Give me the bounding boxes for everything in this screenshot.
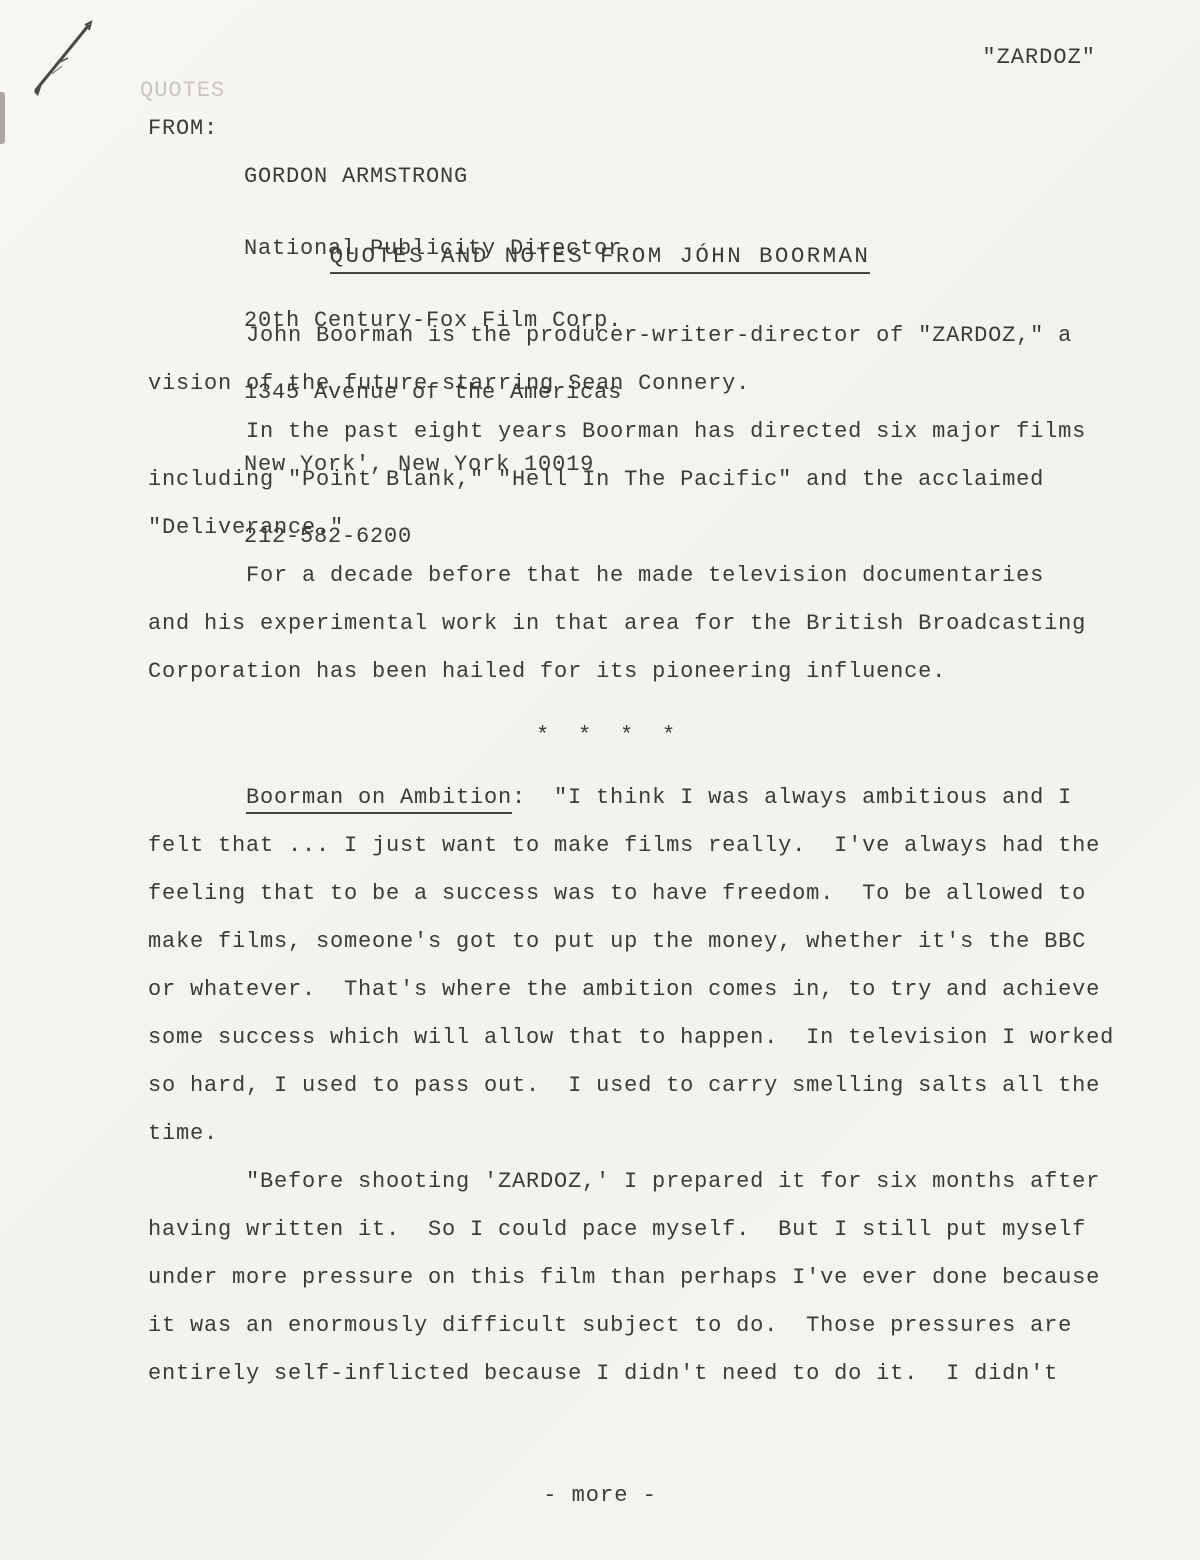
pen-scratch-mark <box>22 12 112 107</box>
body-line: entirely self-inflicted because I didn't… <box>148 1350 1123 1398</box>
body-line: "Before shooting 'ZARDOZ,' I prepared it… <box>148 1158 1123 1206</box>
sender-name: GORDON ARMSTRONG <box>244 165 622 189</box>
section-heading-line: Boorman on Ambition: "I think I was alwa… <box>148 774 1123 822</box>
body-line: feeling that to be a success was to have… <box>148 870 1123 918</box>
body-line: : "I think I was always ambitious and I <box>512 785 1072 810</box>
sender-phone: 212-582-6200 <box>244 525 622 549</box>
film-title-tag: "ZARDOZ" <box>982 45 1096 70</box>
sender-address-block: GORDON ARMSTRONG National Publicity Dire… <box>244 117 622 597</box>
body-line: make films, someone's got to put up the … <box>148 918 1123 966</box>
body-line: under more pressure on this film than pe… <box>148 1254 1123 1302</box>
document-page: QUOTES FROM: GORDON ARMSTRONG National P… <box>0 0 1200 1560</box>
body-line: and his experimental work in that area f… <box>148 600 1123 648</box>
body-line: or whatever. That's where the ambition c… <box>148 966 1123 1014</box>
body-line: Corporation has been hailed for its pion… <box>148 648 1123 696</box>
asterisk-separator: * * * * <box>148 712 1123 760</box>
page-continuation-marker: - more - <box>0 1483 1200 1508</box>
section-heading: Boorman on Ambition <box>246 785 512 814</box>
sender-street: 1345 Avenue of the Americas <box>244 381 622 405</box>
body-line: it was an enormously difficult subject t… <box>148 1302 1123 1350</box>
scan-edge-artifact <box>0 92 5 144</box>
sender-company: 20th Century-Fox Film Corp. <box>244 309 622 333</box>
body-line: felt that ... I just want to make films … <box>148 822 1123 870</box>
sender-title: National Publicity Director <box>244 237 622 261</box>
sender-city: New York', New York 10019 <box>244 453 622 477</box>
body-line: time. <box>148 1110 1123 1158</box>
body-line: some success which will allow that to ha… <box>148 1014 1123 1062</box>
ghost-offset-text: QUOTES <box>140 79 225 103</box>
body-line: having written it. So I could pace mysel… <box>148 1206 1123 1254</box>
body-line: so hard, I used to pass out. I used to c… <box>148 1062 1123 1110</box>
